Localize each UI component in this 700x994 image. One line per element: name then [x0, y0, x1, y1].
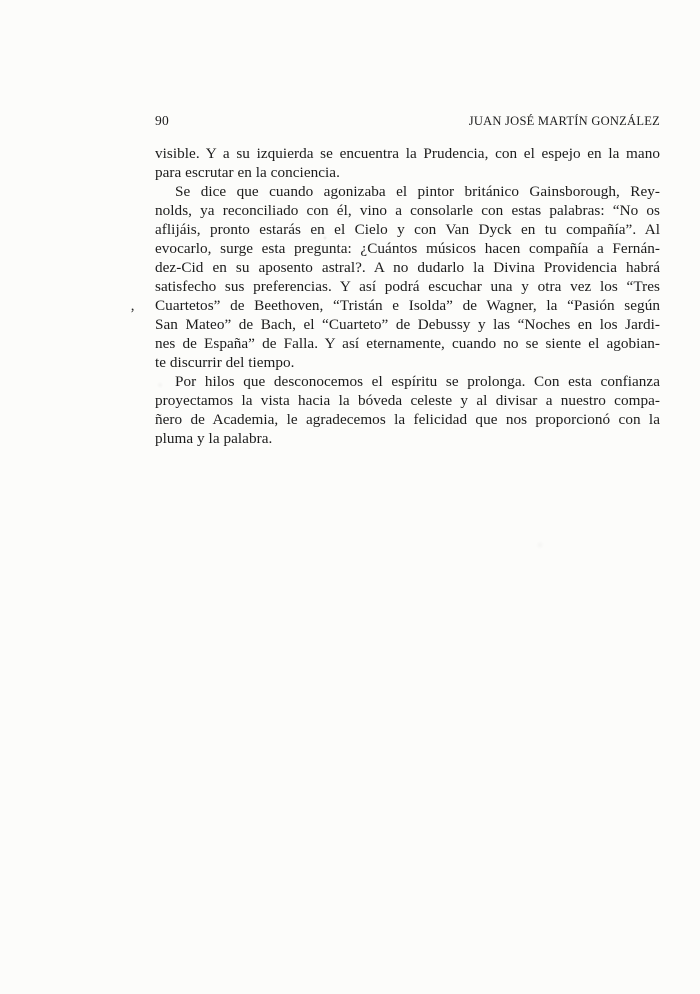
- text-line: aflijáis, pronto estarás en el Cielo y c…: [155, 220, 660, 239]
- text-line: Por hilos que desconocemos el espíritu s…: [155, 372, 660, 391]
- text-line: San Mateo” de Bach, el “Cuarteto” de Deb…: [155, 315, 660, 334]
- text-line: para escrutar en la conciencia.: [155, 163, 660, 182]
- text-line: te discurrir del tiempo.: [155, 353, 660, 372]
- text-line: dez-Cid en su aposento astral?. A no dud…: [155, 258, 660, 277]
- margin-apostrophe-mark: ’: [130, 306, 135, 323]
- running-title: JUAN JOSÉ MARTÍN GONZÁLEZ: [469, 114, 660, 129]
- text-line: nes de España” de Falla. Y así eternamen…: [155, 334, 660, 353]
- paragraph: Por hilos que desconocemos el espíritu s…: [155, 372, 660, 448]
- text-line: visible. Y a su izquierda se encuentra l…: [155, 144, 660, 163]
- text-line: ñero de Academia, le agradecemos la feli…: [155, 410, 660, 429]
- paragraph: visible. Y a su izquierda se encuentra l…: [155, 144, 660, 182]
- body-text: visible. Y a su izquierda se encuentra l…: [155, 144, 660, 448]
- text-line: pluma y la palabra.: [155, 429, 660, 448]
- text-line: evocarlo, surge esta pregunta: ¿Cuántos …: [155, 239, 660, 258]
- page-header: 90 JUAN JOSÉ MARTÍN GONZÁLEZ: [155, 113, 660, 129]
- scanned-book-page: 90 JUAN JOSÉ MARTÍN GONZÁLEZ ’ visible. …: [0, 0, 700, 994]
- page-number: 90: [155, 113, 169, 129]
- text-line: proyectamos la vista hacia la bóveda cel…: [155, 391, 660, 410]
- text-line: nolds, ya reconciliado con él, vino a co…: [155, 201, 660, 220]
- text-line: Se dice que cuando agonizaba el pintor b…: [155, 182, 660, 201]
- text-line: satisfecho sus preferencias. Y así podrá…: [155, 277, 660, 296]
- paragraph: Se dice que cuando agonizaba el pintor b…: [155, 182, 660, 372]
- text-line: Cuartetos” de Beethoven, “Tristán e Isol…: [155, 296, 660, 315]
